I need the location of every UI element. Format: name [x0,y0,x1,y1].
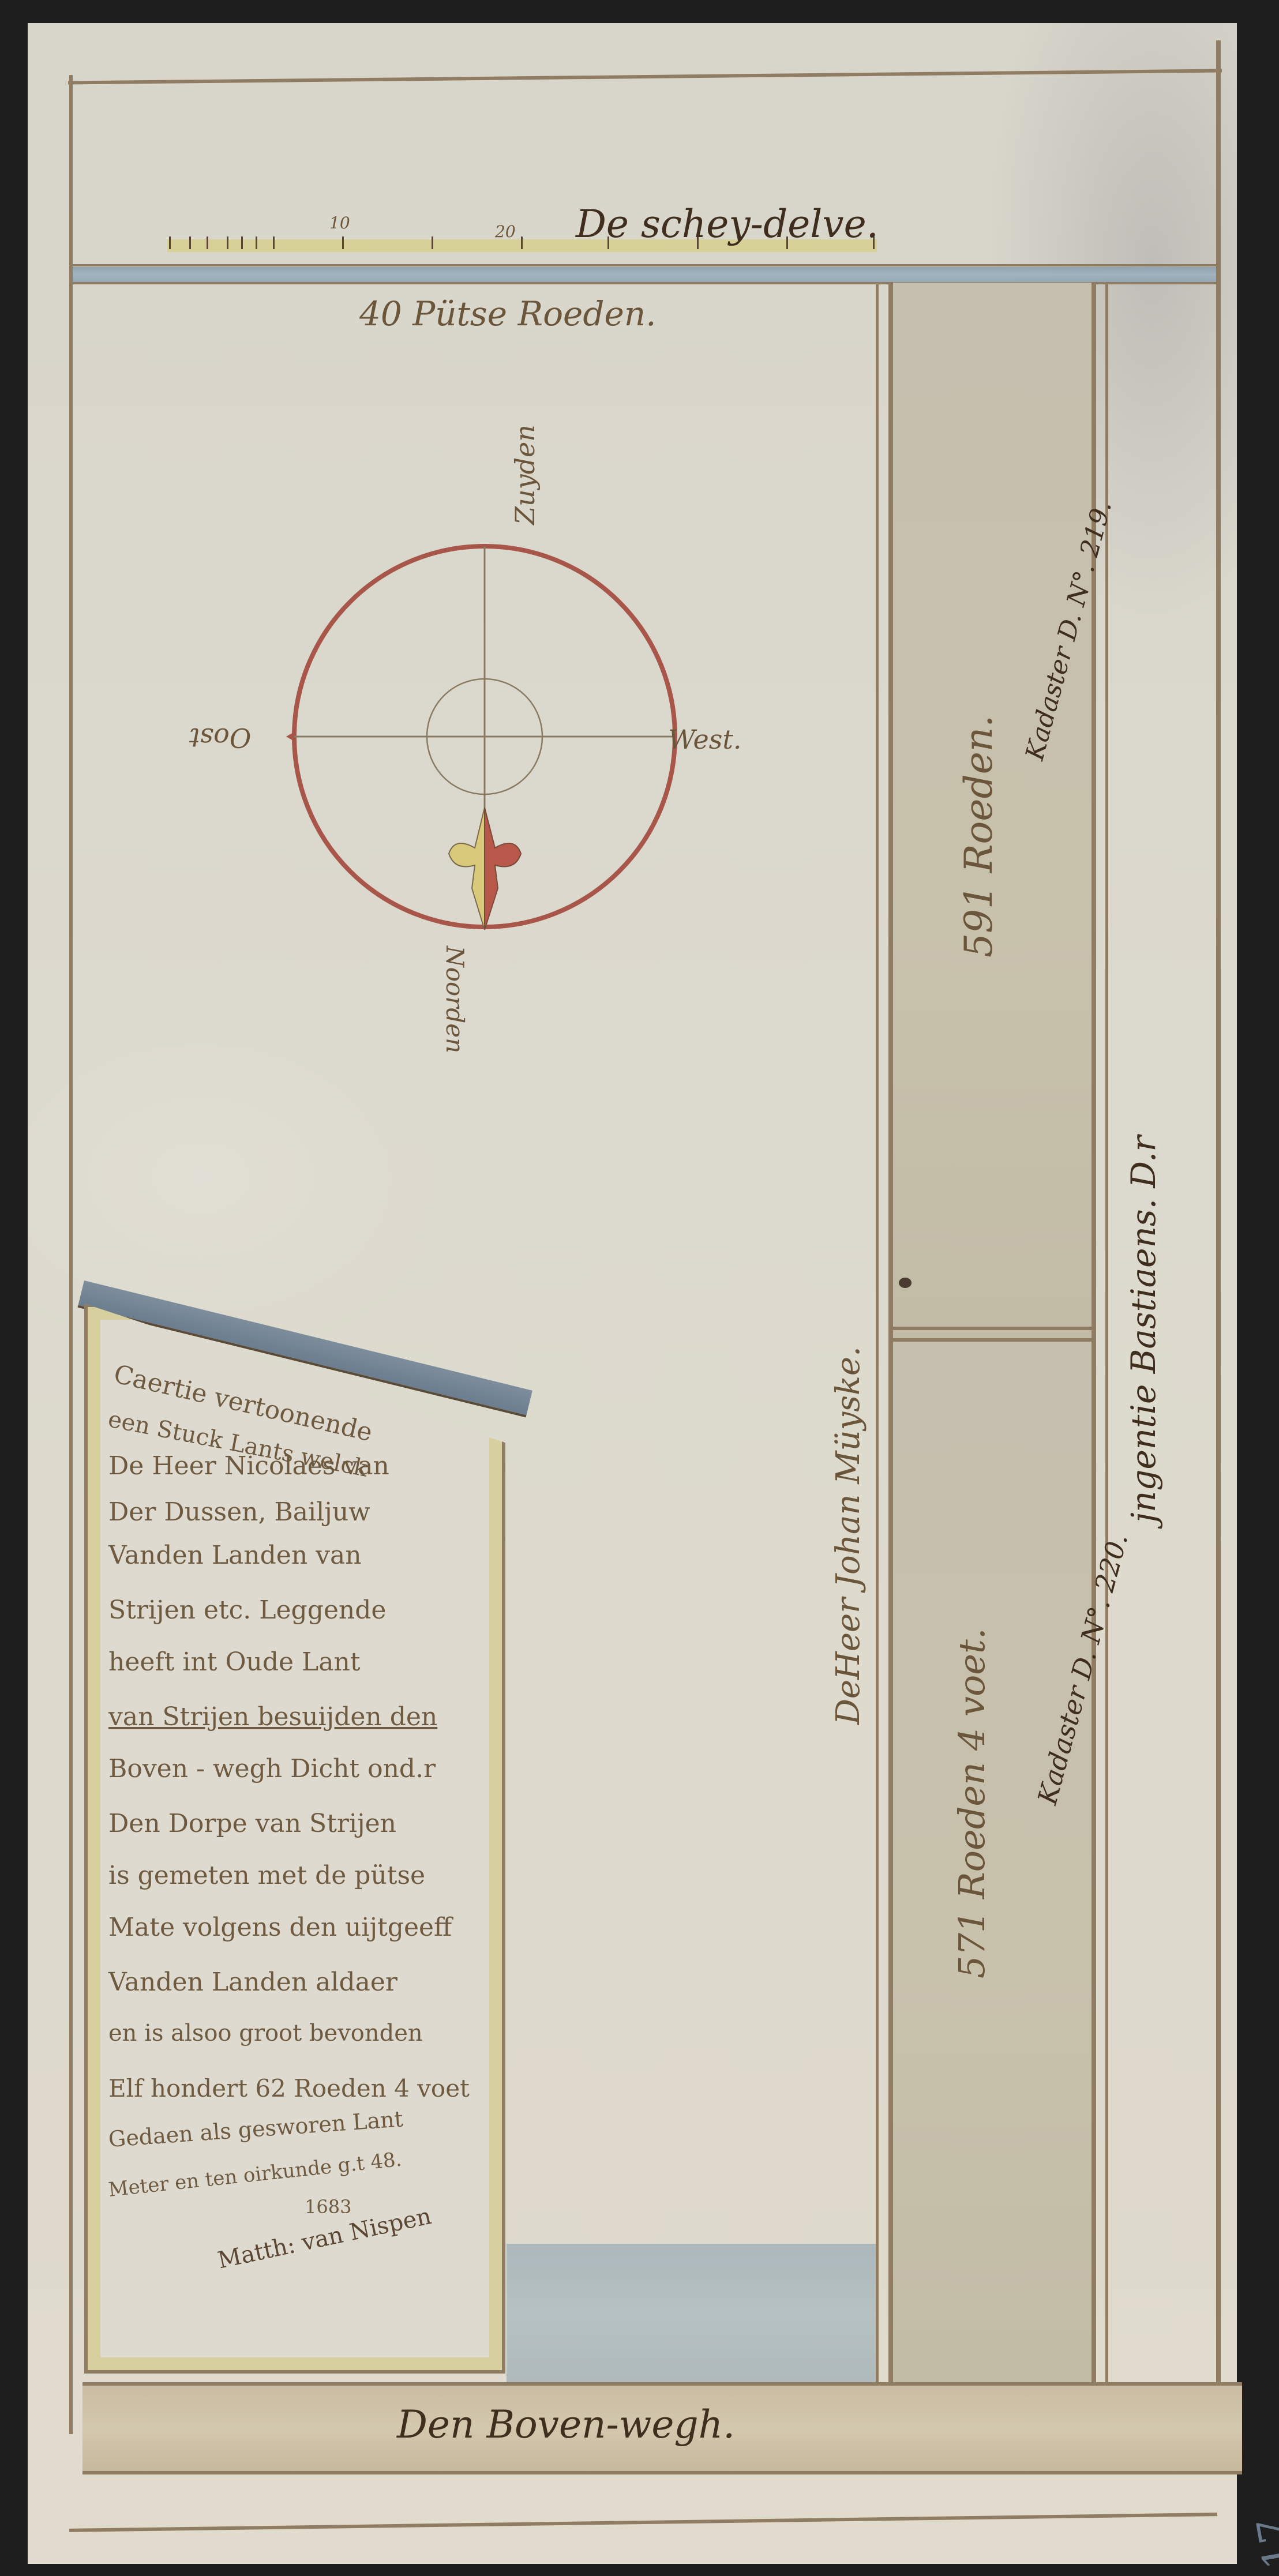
cartouche-line: Mate volgens den uijtgeeff [108,1915,489,1940]
scale-tick [189,236,191,249]
frame-top [68,69,1222,85]
scale-label: 40 Pütse Roeden. [359,294,657,333]
cartouche-year: 1683 [305,2198,351,2216]
cartouche-line: heeft int Oude Lant [108,1650,489,1675]
scale-tick [273,236,275,249]
neighbor-west-label: DeHeer Johan Müyske. [830,1346,867,1725]
scale-tick [432,236,433,249]
waterway-label: De schey-delve. [576,202,879,246]
ink-blot [899,1278,912,1288]
scale-tick [256,236,257,249]
cartouche-line: Strijen etc. Leggende [108,1598,489,1623]
cartouche-line: is gemeten met de pütse [108,1863,489,1888]
compass-south-label: Zuyden [509,425,541,525]
cartouche-line: Elf hondert 62 Roeden 4 voet [108,2076,489,2101]
cartouche-line: Vanden Landen aldaer [108,1970,489,1995]
plot-219-area: 591 Roeden. [957,715,1001,957]
scale-tick [342,236,344,249]
plot-divider-top [888,1327,1096,1330]
compass-north-label: Noorden [441,946,469,1053]
map-sheet: 10 20 De schey-delve. 40 Pütse Roeden. Z… [28,23,1237,2564]
cartouche-line: Boven - wegh Dicht ond.r [108,1756,489,1782]
scale-tick [241,236,243,249]
scale-tick [227,236,228,249]
scale-tick-label-20: 20 [495,222,516,241]
cartouche-line: Den Dorpe van Strijen [108,1811,489,1837]
frame-bottom [69,2513,1217,2532]
cartouche-line: van Strijen besuijden den [108,1704,489,1730]
waterway-top-edge [73,264,1216,266]
cartouche-line: Vanden Landen van [108,1543,489,1568]
scale-tick [521,236,523,249]
road-label: Den Boven-wegh. [397,2402,735,2447]
plot-outer-left-edge [876,283,879,2382]
cartouche-line: en is alsoo groot bevonden [108,2022,489,2045]
ground-wash-blue [507,2244,876,2382]
folio-number: 17 [1248,2514,1279,2573]
scale-tick-label-10: 10 [329,213,350,232]
compass-east-label: Oost [189,722,252,753]
cartouche-line: Der Dussen, Bailjuw [108,1500,489,1525]
compass-west-label: West. [668,724,741,755]
scale-tick [207,236,208,249]
frame-right [1216,40,1221,2434]
plot-220-area: 571 Roeden 4 voet. [951,1628,993,1978]
waterway-schey-delve [73,267,1216,282]
plot-outer-right-edge [1105,283,1108,2382]
neighbor-east-label: jngentie Bastiaens. D.r [1124,1136,1163,1523]
scale-tick [169,236,171,249]
cartouche-line: De Heer Nicolaes van [108,1454,489,1479]
frame-left [69,75,73,2434]
